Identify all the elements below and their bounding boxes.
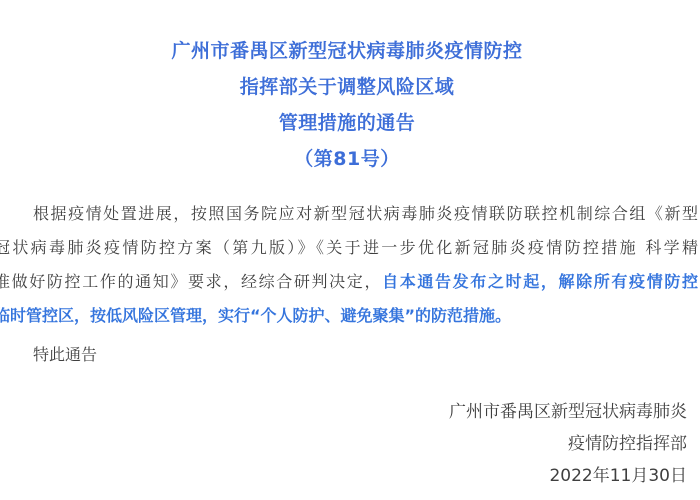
signature-date: 2022年11月30日: [449, 460, 687, 492]
signature-block: 广州市番禺区新型冠状病毒肺炎 疫情防控指挥部 2022年11月30日: [449, 396, 687, 492]
signature-org-line-1: 广州市番禺区新型冠状病毒肺炎: [449, 396, 687, 428]
body-emphasis: 自本通告发布之时起，解除所有疫情防控: [382, 272, 698, 291]
body-line-4: 临时管控区，按低风险区管理，实行“个人防护、避免聚集”的防范措施。: [0, 299, 698, 333]
notice-title-line-2: 指挥部关于调整风险区域: [0, 69, 700, 105]
notice-document: 广州市番禺区新型冠状病毒肺炎疫情防控 指挥部关于调整风险区域 管理措施的通告 （…: [0, 0, 700, 500]
body-line-2: 冠状病毒肺炎疫情防控方案（第九版）》《关于进一步优化新冠肺炎疫情防控措施 科学精: [0, 231, 698, 265]
signature-org-line-2: 疫情防控指挥部: [449, 428, 687, 460]
notice-body: 根据疫情处置进展，按照国务院应对新型冠状病毒肺炎疫情联防联控机制综合组《新型 冠…: [0, 197, 698, 372]
notice-title-line-1: 广州市番禺区新型冠状病毒肺炎疫情防控: [0, 33, 700, 69]
closing-line: 特此通告: [0, 338, 698, 372]
body-text: 根据疫情处置进展，按照国务院应对新型冠状病毒肺炎疫情联防联控机制综合组《新型: [33, 204, 698, 223]
body-text: 冠状病毒肺炎疫情防控方案（第九版）》《关于进一步优化新冠肺炎疫情防控措施 科学精: [0, 238, 698, 257]
body-line-1: 根据疫情处置进展，按照国务院应对新型冠状病毒肺炎疫情联防联控机制综合组《新型: [0, 197, 698, 231]
notice-title: 广州市番禺区新型冠状病毒肺炎疫情防控 指挥部关于调整风险区域 管理措施的通告 （…: [0, 33, 700, 177]
notice-title-line-3: 管理措施的通告: [0, 105, 700, 141]
notice-number: （第81号）: [0, 141, 700, 177]
body-line-3: 准做好防控工作的通知》要求，经综合研判决定，自本通告发布之时起，解除所有疫情防控: [0, 265, 698, 299]
body-emphasis: 临时管控区，按低风险区管理，实行“个人防护、避免聚集”的防范措施。: [0, 306, 511, 325]
body-text: 准做好防控工作的通知》要求，经综合研判决定，: [0, 272, 382, 291]
